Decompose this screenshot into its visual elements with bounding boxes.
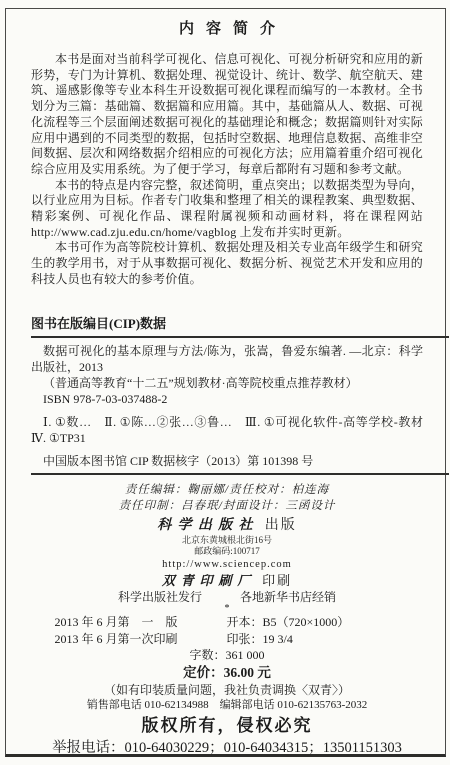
report-phone-line: 举报电话：010-64030229；010-64034315；135011513… <box>31 738 423 758</box>
word-count: 字数：361 000 <box>55 648 400 663</box>
cip-heading: 图书在版编目(CIP)数据 <box>31 316 423 332</box>
distributor: 科学出版社发行 <box>118 590 202 604</box>
edition-row-1: 2013 年 6 月第 一 版 开本：B5（720×1000） <box>55 614 400 631</box>
cip-series-line: （普通高等教育“十二五”规划教材·高等院校重点推荐教材） <box>31 375 423 391</box>
publisher-logo-text: 科学出版社 <box>157 518 259 533</box>
print-suffix: 印刷 <box>262 573 292 588</box>
staff-credits: 责任编辑：鞠丽娜/责任校对：柏连海 责任印制：吕春珉/封面设计：三函设计 <box>31 482 423 515</box>
printing-date: 2013 年 6 月第一次印刷 <box>55 631 227 648</box>
printer-designer-line: 责任印制：吕春珉/封面设计：三函设计 <box>31 498 423 515</box>
cip-title-line: 数据可视化的基本原理与方法/陈为，张嵩，鲁爱东编著. —北京：科学出版社，201… <box>31 343 423 375</box>
cip-record-number: 中国版本图书馆 CIP 数据核字（2013）第 101398 号 <box>31 453 423 469</box>
edition-date: 2013 年 6 月第 一 版 <box>55 614 227 631</box>
copyright-block: 版权所有，侵权必究 举报电话：010-64030229；010-64034315… <box>31 715 423 758</box>
publish-suffix: 出版 <box>265 518 297 533</box>
publisher-name-line: 科学出版社出版 <box>31 517 423 535</box>
price: 定价：36.00 元 <box>55 663 400 682</box>
edition-info: 2013 年 6 月第 一 版 开本：B5（720×1000） 2013 年 6… <box>55 614 400 713</box>
page-content: 内容简介 本书是面对当前科学可视化、信息可视化、可视分析研究和应用的新形势，专门… <box>0 0 450 758</box>
copyright-notice: 版权所有，侵权必究 <box>31 715 423 737</box>
cip-top-rule <box>31 336 449 338</box>
sheet-count: 印张：19 3/4 <box>227 631 400 648</box>
intro-title: 内容简介 <box>31 20 423 38</box>
intro-paragraph-3: 本书可作为高等院校计算机、数据处理及相关专业高年级学生和研究生的教学用书，对于从… <box>31 240 423 287</box>
intro-paragraph-1: 本书是面对当前科学可视化、信息可视化、可视分析研究和应用的新形势，专门为计算机、… <box>31 52 423 178</box>
asterisk-divider: * <box>31 605 423 613</box>
cip-isbn: ISBN 978-7-03-037488-2 <box>31 391 423 407</box>
retailer: 各地新华书店经销 <box>240 590 336 604</box>
printing-house-logo-text: 双青印刷厂 <box>162 573 256 588</box>
printing-house-line: 双青印刷厂印刷 <box>31 572 423 589</box>
publisher-address: 北京东黄城根北街16号 <box>31 535 423 546</box>
format-spec: 开本：B5（720×1000） <box>227 614 400 631</box>
publisher-website: http://www.sciencep.com <box>31 558 423 571</box>
publisher-block: 科学出版社出版 北京东黄城根北街16号 邮政编码:100717 http://w… <box>31 517 423 613</box>
cip-classification: Ⅰ. ①数… Ⅱ. ①陈…②张…③鲁… Ⅲ. ①可视化软件-高等学校-教材 Ⅳ.… <box>31 414 423 446</box>
publisher-postcode: 邮政编码:100717 <box>31 546 423 557</box>
edition-row-2: 2013 年 6 月第一次印刷 印张：19 3/4 <box>55 631 400 648</box>
editor-proofreader-line: 责任编辑：鞠丽娜/责任校对：柏连海 <box>31 482 423 499</box>
book-copyright-page: 内容简介 本书是面对当前科学可视化、信息可视化、可视分析研究和应用的新形势，专门… <box>0 0 450 765</box>
department-phones: 销售部电话 010-62134988 编辑部电话 010-62135763-20… <box>55 698 400 713</box>
cip-bottom-rule <box>31 473 449 475</box>
cip-section: 图书在版编目(CIP)数据 数据可视化的基本原理与方法/陈为，张嵩，鲁爱东编著.… <box>31 316 423 475</box>
intro-paragraph-2: 本书的特点是内容完整，叙述简明，重点突出；以数据类型为导向，以行业应用为目标。作… <box>31 178 423 241</box>
quality-note: （如有印装质量问题，我社负责调换〈双青〉） <box>55 682 400 698</box>
